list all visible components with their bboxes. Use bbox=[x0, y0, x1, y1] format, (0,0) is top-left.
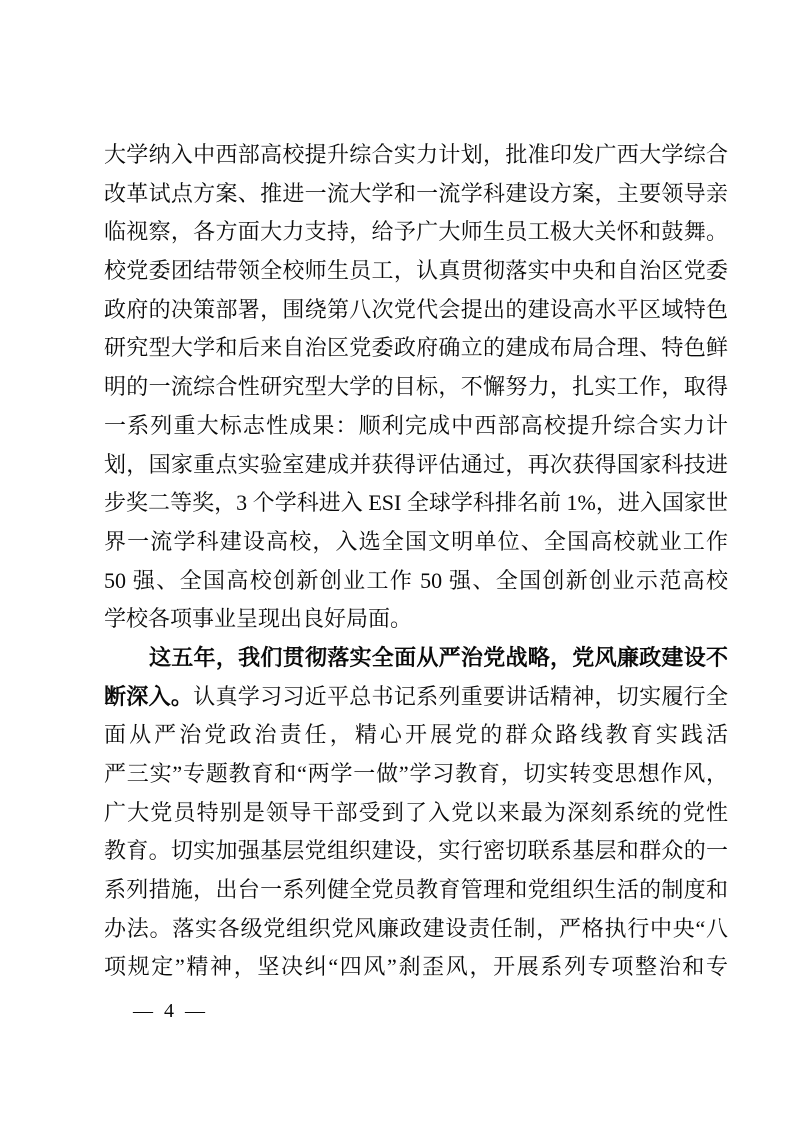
text-line: 步奖二等奖，3 个学科进入 ESI 全球学科排名前 1%，进入国家世 bbox=[104, 484, 728, 523]
text-line: 严三实”专题教育和“两学一做”学习教育，切实转变思想作风， bbox=[104, 755, 728, 794]
text-line: 明的一流综合性研究型大学的目标，不懈努力，扎实工作，取得 bbox=[104, 368, 728, 407]
text-segment: 明的一流综合性研究型大学的目标，不懈努力，扎实工作，取得 bbox=[104, 374, 728, 399]
text-segment: 学校各项事业呈现出良好局面。 bbox=[104, 606, 412, 631]
body-text: 大学纳入中西部高校提升综合实力计划，批准印发广西大学综合改革试点方案、推进一流大… bbox=[104, 136, 728, 987]
text-segment: 临视察，各方面大力支持，给予广大师生员工极大关怀和鼓舞。 bbox=[104, 219, 728, 244]
text-line: 面从严治党政治责任，精心开展党的群众路线教育实践活动、“三 bbox=[104, 716, 728, 755]
text-segment: 广大党员特别是领导干部受到了入党以来最为深刻系统的党性 bbox=[104, 800, 728, 825]
text-segment: 研究型大学和后来自治区党委政府确立的建成布局合理、特色鲜 bbox=[104, 335, 728, 360]
text-segment: 一系列重大标志性成果：顺利完成中西部高校提升综合实力计 bbox=[104, 413, 728, 438]
text-line: 一系列重大标志性成果：顺利完成中西部高校提升综合实力计 bbox=[104, 407, 728, 446]
text-segment: 校党委团结带领全校师生员工，认真贯彻落实中央和自治区党委 bbox=[104, 258, 728, 283]
text-segment: 严三实”专题教育和“两学一做”学习教育，切实转变思想作风， bbox=[104, 761, 728, 786]
text-segment: 面从严治党政治责任，精心开展党的群众路线教育实践活动、“三 bbox=[104, 722, 728, 755]
text-segment: 50 强、全国高校创新创业工作 50 强、全国创新创业示范高校等， bbox=[104, 568, 728, 601]
text-line: 界一流学科建设高校，入选全国文明单位、全国高校就业工作 bbox=[104, 523, 728, 562]
page-number: — 4 — bbox=[133, 1000, 206, 1023]
text-line: 划，国家重点实验室建成并获得评估通过，再次获得国家科技进 bbox=[104, 446, 728, 485]
text-segment: 认真学习习近平总书记系列重要讲话精神，切实履行全 bbox=[193, 684, 728, 709]
text-line: 校党委团结带领全校师生员工，认真贯彻落实中央和自治区党委 bbox=[104, 252, 728, 291]
text-segment: 项规定”精神，坚决纠“四风”刹歪风，开展系列专项整治和专 bbox=[104, 954, 728, 979]
bold-text-segment: 断深入。 bbox=[104, 684, 193, 709]
text-line: 研究型大学和后来自治区党委政府确立的建成布局合理、特色鲜 bbox=[104, 329, 728, 368]
text-line: 政府的决策部署，围绕第八次党代会提出的建设高水平区域特色 bbox=[104, 291, 728, 330]
text-line: 学校各项事业呈现出良好局面。 bbox=[104, 600, 728, 639]
text-line: 50 强、全国高校创新创业工作 50 强、全国创新创业示范高校等， bbox=[104, 562, 728, 601]
text-segment: 办法。落实各级党组织党风廉政建设责任制，严格执行中央“八 bbox=[104, 916, 728, 941]
text-segment: 步奖二等奖，3 个学科进入 ESI 全球学科排名前 1%，进入国家世 bbox=[104, 490, 728, 515]
bold-text-segment: 这五年，我们贯彻落实全面从严治党战略，党风廉政建设不 bbox=[149, 645, 728, 670]
text-segment: 划，国家重点实验室建成并获得评估通过，再次获得国家科技进 bbox=[104, 452, 728, 477]
text-line: 这五年，我们贯彻落实全面从严治党战略，党风廉政建设不 bbox=[104, 639, 728, 678]
text-line: 广大党员特别是领导干部受到了入党以来最为深刻系统的党性 bbox=[104, 794, 728, 833]
text-segment: 改革试点方案、推进一流大学和一流学科建设方案，主要领导亲 bbox=[104, 181, 728, 206]
text-segment: 系列措施，出台一系列健全党员教育管理和党组织生活的制度和 bbox=[104, 877, 728, 902]
text-line: 大学纳入中西部高校提升综合实力计划，批准印发广西大学综合 bbox=[104, 136, 728, 175]
text-segment: 政府的决策部署，围绕第八次党代会提出的建设高水平区域特色 bbox=[104, 297, 728, 322]
text-line: 办法。落实各级党组织党风廉政建设责任制，严格执行中央“八 bbox=[104, 910, 728, 949]
text-line: 断深入。认真学习习近平总书记系列重要讲话精神，切实履行全 bbox=[104, 678, 728, 717]
text-line: 改革试点方案、推进一流大学和一流学科建设方案，主要领导亲 bbox=[104, 175, 728, 214]
text-segment: 教育。切实加强基层党组织建设，实行密切联系基层和群众的一 bbox=[104, 838, 728, 863]
text-line: 临视察，各方面大力支持，给予广大师生员工极大关怀和鼓舞。 bbox=[104, 213, 728, 252]
text-line: 教育。切实加强基层党组织建设，实行密切联系基层和群众的一 bbox=[104, 832, 728, 871]
text-segment: 界一流学科建设高校，入选全国文明单位、全国高校就业工作 bbox=[104, 529, 728, 554]
text-segment: 大学纳入中西部高校提升综合实力计划，批准印发广西大学综合 bbox=[104, 142, 728, 167]
text-line: 系列措施，出台一系列健全党员教育管理和党组织生活的制度和 bbox=[104, 871, 728, 910]
document-page: 大学纳入中西部高校提升综合实力计划，批准印发广西大学综合改革试点方案、推进一流大… bbox=[0, 0, 793, 1122]
text-line: 项规定”精神，坚决纠“四风”刹歪风，开展系列专项整治和专 bbox=[104, 948, 728, 987]
